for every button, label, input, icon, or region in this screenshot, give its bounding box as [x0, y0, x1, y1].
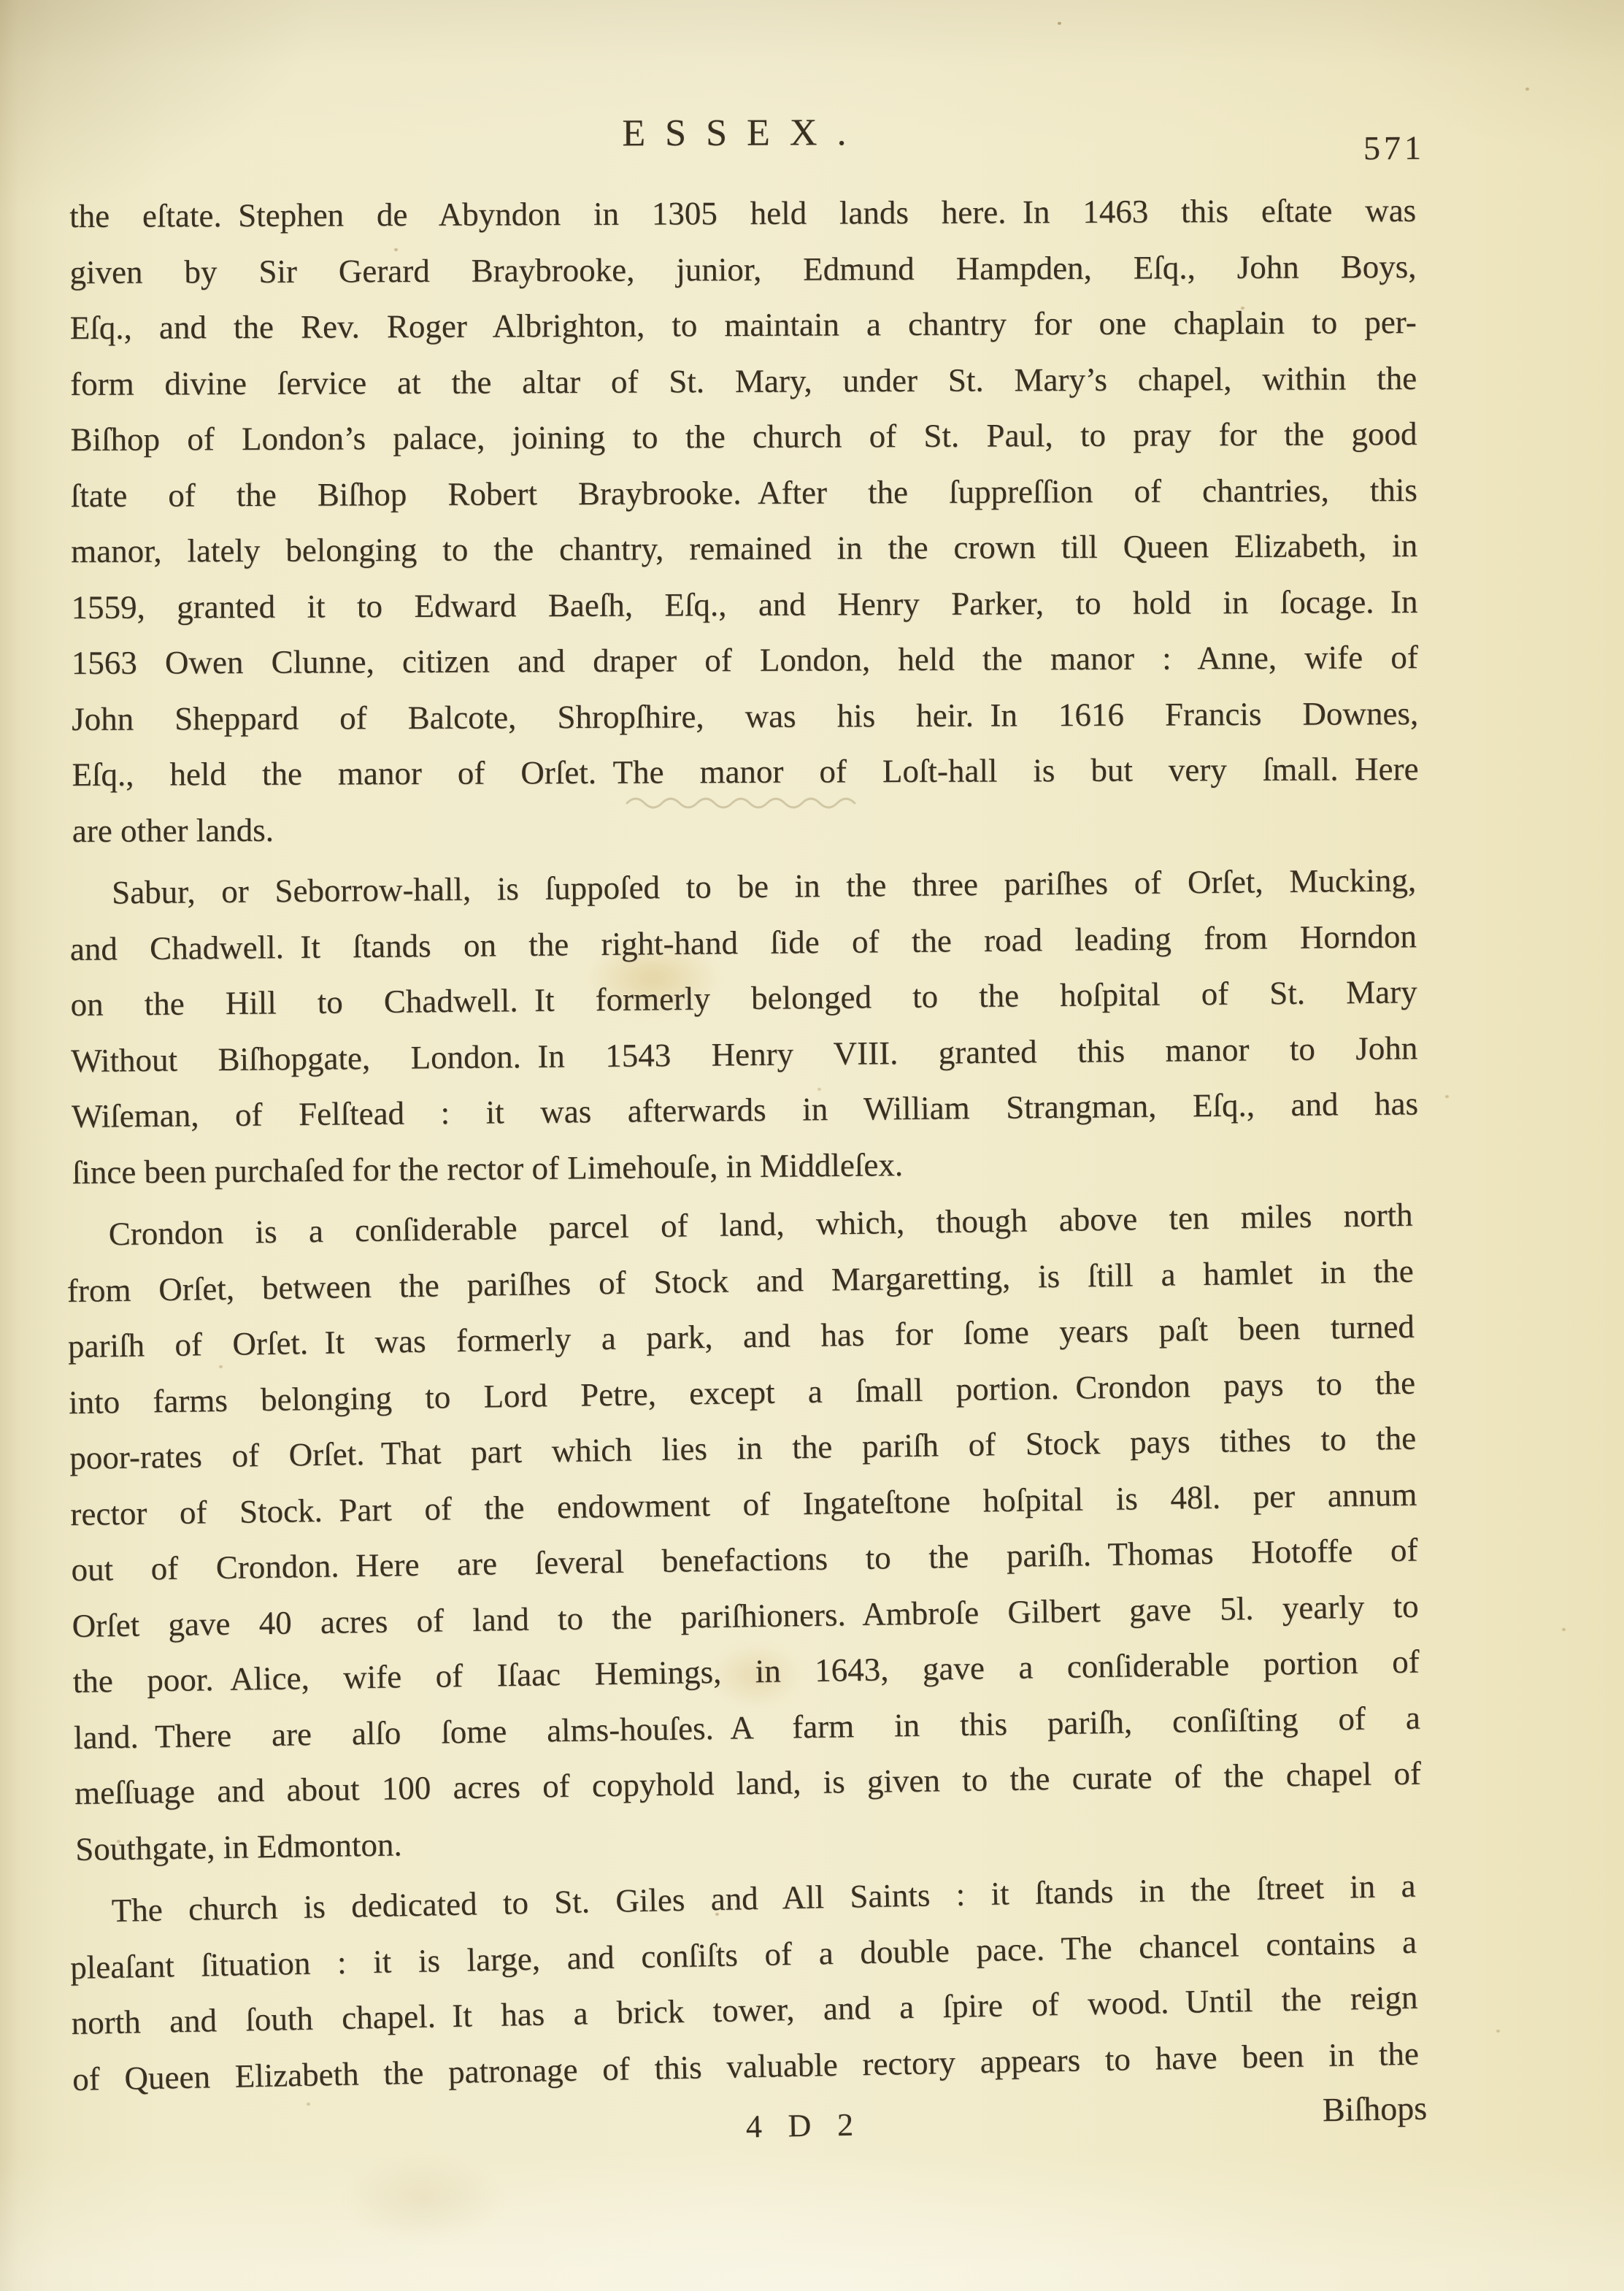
text-line: ſtate of the Biſhop Robert Braybrooke. A…	[71, 461, 1417, 523]
text-line: manor, lately belonging to the chantry, …	[71, 518, 1417, 580]
signature-mark: 4 D 2	[746, 2106, 863, 2146]
paper-stain	[343, 2154, 504, 2241]
text-line: John Sheppard of Balcote, Shropſhire, wa…	[72, 685, 1418, 747]
body-text: the eſtate. Stephen de Abyndon in 1305 h…	[71, 188, 1417, 2107]
text-line: Eſq., held the manor of Orſet. The manor…	[72, 741, 1418, 803]
catchword: Biſhops	[1323, 2089, 1428, 2129]
text-line: are other lands.	[72, 797, 1419, 859]
text-line: given by Sir Gerard Braybrooke, junior, …	[69, 238, 1416, 300]
running-header: ESSEX.	[71, 110, 1417, 157]
text-line: 1563 Owen Clunne, citizen and draper of …	[72, 629, 1418, 691]
text-line: 1559, granted it to Edward Baeſh, Eſq., …	[71, 573, 1417, 635]
text-line: the eſtate. Stephen de Abyndon in 1305 h…	[69, 183, 1416, 245]
text-line: Eſq., and the Rev. Roger Albrighton, to …	[70, 294, 1417, 356]
foxing-specks	[1058, 22, 1061, 25]
paragraph: Crondon is a conſiderable parcel of land…	[66, 1187, 1422, 1877]
paragraph: Sabur, or Seborrow-hall, is ſuppoſed to …	[69, 852, 1419, 1200]
paragraph: the eſtate. Stephen de Abyndon in 1305 h…	[69, 183, 1419, 859]
paragraph: The church is dedicated to St. Giles and…	[69, 1858, 1420, 2107]
book-page: ESSEX. 571 the eſtate. Stephen de Abyndo…	[0, 0, 1624, 2291]
text-line: form divine ſervice at the altar of St. …	[70, 350, 1417, 412]
text-line: Biſhop of London’s palace, joining to th…	[70, 406, 1417, 468]
page-number: 571	[1363, 128, 1425, 168]
